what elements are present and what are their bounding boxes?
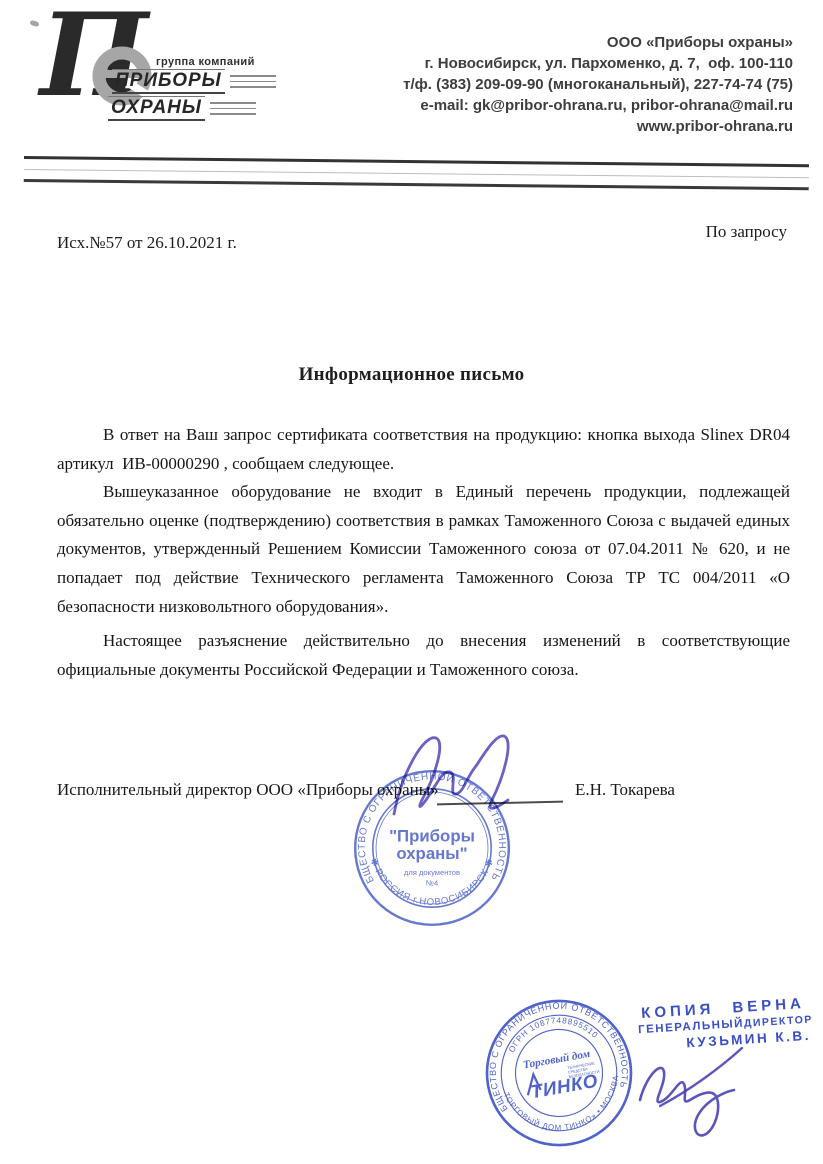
contact-company: ООО «Приборы охраны» [403,32,793,53]
scanned-letter-page: П группа компаний ПРИБОРЫ ОХРАНЫ ООО «Пр… [0,0,823,1164]
general-director-signature-icon [628,1040,758,1150]
paragraph: В ответ на Ваш запрос сертификата соотве… [57,421,790,478]
stamp-center-name-2: охраны" [396,844,467,863]
contact-address: г. Новосибирск, ул. Пархоменко, д. 7, оф… [403,53,793,74]
request-note: По запросу [706,222,787,242]
paragraph: Вышеуказанное оборудование не входит в Е… [57,478,790,621]
letter-body: В ответ на Ваш запрос сертификата соотве… [57,421,790,684]
logo-brand-word-1: ПРИБОРЫ [112,69,225,94]
letterhead-divider [24,156,809,190]
logo-group-label: группа компаний [156,56,290,68]
divider-line-bottom [24,179,809,190]
director-signature-icon [382,726,542,826]
stamp-purpose: для документов [404,868,460,877]
stamp-center-name-1: "Приборы [389,827,475,846]
logo-speed-lines [210,102,256,115]
paragraph: Настоящее разъяснение действительно до в… [57,627,790,684]
logo-brand-block: группа компаний ПРИБОРЫ ОХРАНЫ [110,56,290,121]
letter-title: Информационное письмо [0,364,823,386]
tinko-stamp: ОБЩЕСТВО С ОГРАНИЧЕННОЙ ОТВЕТСТВЕННОСТЬЮ… [472,986,646,1160]
signer-name: Е.Н. Токарева [575,780,675,800]
contact-email: e-mail: gk@pribor-ohrana.ru, pribor-ohra… [403,95,793,116]
contact-phones: т/ф. (383) 209-09-90 (многоканальный), 2… [403,74,793,95]
divider-line-top [24,156,809,167]
divider-line-middle [24,169,809,178]
company-logo: П группа компаний ПРИБОРЫ ОХРАНЫ [38,2,298,134]
contact-block: ООО «Приборы охраны» г. Новосибирск, ул.… [403,32,793,137]
logo-brand-word-2: ОХРАНЫ [108,96,205,121]
outgoing-number: Исх.№57 от 26.10.2021 г. [57,233,237,253]
logo-speed-lines [230,75,276,88]
contact-website: www.pribor-ohrana.ru [403,116,793,137]
stamp-number: №4 [426,879,438,888]
